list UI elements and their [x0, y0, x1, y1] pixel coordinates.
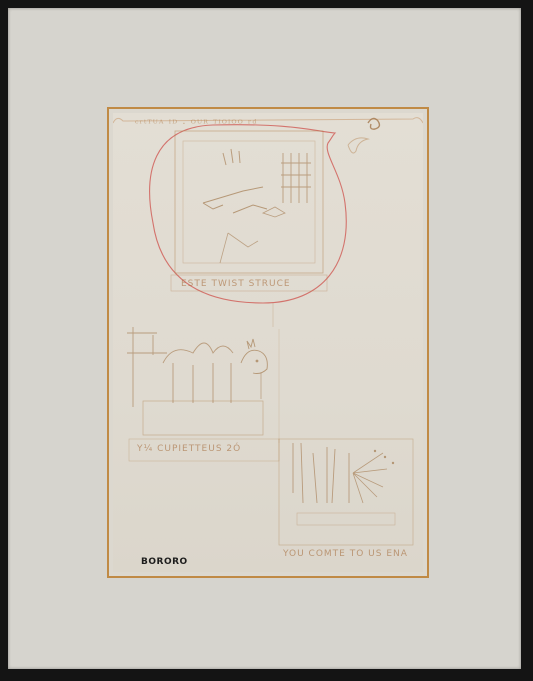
panel-bottom-caption: YOU COMTE TO US ENA [283, 549, 408, 559]
header-inscription: ᶜʳᵗᵀᵁᴬ ᴵᴰ · ᴼᵁᴿ ᵀᴵᴼᴵᴼᴼ ʳᵈ [135, 119, 257, 130]
panel-top-caption: ESTE TWIST STRUCE [181, 279, 291, 289]
artwork-paper: ᶜʳᵗᵀᵁᴬ ᴵᴰ · ᴼᵁᴿ ᵀᴵᴼᴵᴼᴼ ʳᵈ ESTE TWIST STR… [113, 113, 423, 572]
panel-middle-caption: Y¼ CUPIETTEUS 2Ó [137, 444, 241, 454]
mat-board: ᶜʳᵗᵀᵁᴬ ᴵᴰ · ᴼᵁᴿ ᵀᴵᴼᴵᴼᴼ ʳᵈ ESTE TWIST STR… [8, 8, 521, 669]
sketch-drawing [113, 113, 423, 572]
artist-signature: BORORO [141, 557, 188, 567]
artwork-window: ᶜʳᵗᵀᵁᴬ ᴵᴰ · ᴼᵁᴿ ᵀᴵᴼᴵᴼᴼ ʳᵈ ESTE TWIST STR… [107, 107, 429, 578]
picture-frame: ᶜʳᵗᵀᵁᴬ ᴵᴰ · ᴼᵁᴿ ᵀᴵᴼᴵᴼᴼ ʳᵈ ESTE TWIST STR… [0, 0, 533, 681]
